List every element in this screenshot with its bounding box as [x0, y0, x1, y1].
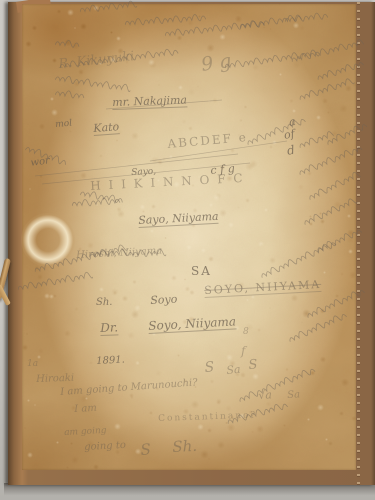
inscription-mr-nakajima: mr. Nakajima	[112, 94, 187, 110]
pencil-scribble	[286, 307, 354, 350]
pencil-scribble	[297, 127, 337, 156]
inscription-hiik-caps: H I I K I N N O F C	[90, 172, 245, 192]
pencil-scribble	[71, 193, 124, 215]
inscription-sa-mid: Sa	[226, 364, 241, 376]
inscription-hiroaki: Hiroaki	[36, 374, 74, 385]
inscription-letter-d: d	[286, 144, 296, 157]
inscription-am-going: am going	[64, 427, 107, 438]
inscription-going-to: going to	[84, 441, 126, 453]
handwriting-layer: R. Kikuyuki9 gmr. NakajimamolKatoABCDEF …	[22, 4, 356, 470]
inscription-going-marunouchi: I am going to Marunouchi?	[60, 378, 198, 398]
book-shadow	[4, 483, 375, 497]
pencil-scribble	[290, 35, 366, 70]
inscription-dr: Dr.	[100, 321, 118, 336]
inscription-letter-of: of	[283, 128, 295, 141]
inscription-kato: Kato	[93, 121, 120, 136]
inscription-f-mark: f	[241, 345, 245, 357]
pencil-scribble	[164, 16, 271, 45]
pencil-scribble	[239, 10, 307, 37]
pencil-scribble	[54, 36, 83, 56]
inscription-abcdef: ABCDEF e	[167, 131, 248, 150]
inscription-constantinano: Constantinano?	[158, 412, 257, 424]
flyleaf-page: R. Kikuyuki9 gmr. NakajimamolKatoABCDEF …	[22, 4, 356, 470]
pencil-scribble	[245, 112, 313, 153]
pencil-scribble	[297, 73, 361, 109]
pencil-scribble	[224, 45, 327, 77]
pencil-scribble	[16, 268, 94, 299]
inscription-sh-1: Sh.	[96, 298, 112, 308]
photo-of-old-book-flyleaf: R. Kikuyuki9 gmr. NakajimamolKatoABCDEF …	[0, 0, 375, 500]
cover-right-edge-shade	[371, 2, 375, 485]
pencil-scribble	[306, 167, 364, 208]
inscription-year: 1891.	[96, 356, 125, 367]
inscription-soyo-1: Soyo	[150, 294, 178, 306]
inscription-eight-mark: 8	[243, 328, 249, 337]
pencil-scribble	[124, 10, 211, 34]
inscription-i-am: I am	[74, 404, 97, 415]
pencil-scribble	[284, 8, 332, 31]
ruled-guide-lines	[22, 4, 356, 470]
inscription-soyo-niiyama-2: Soyo, Niiyama	[148, 315, 236, 334]
inscription-s-mid-2: S	[248, 358, 258, 372]
pencil-scribble	[301, 192, 364, 233]
inscription-hiroshi-niiyama: Hiroshi, Niiyama	[76, 246, 162, 260]
inscription-sh-flourish: Sh.	[172, 439, 197, 455]
inscription-s-flourish: S	[140, 442, 152, 458]
inscription-one-a: 1a	[27, 360, 38, 369]
inscription-sa-2: Sa	[287, 390, 300, 401]
inscription-wor: wor	[30, 156, 51, 169]
inscription-sayo-niiyama-1: Sayo, Niiyama	[138, 211, 219, 228]
inscription-sqrt-a: √a	[258, 389, 272, 401]
inscription-flourish-9g: 9 g	[200, 52, 233, 75]
inscription-soyo-niiyama-caps: SOYO, NIIYAMA	[204, 279, 322, 298]
inscription-kikuyuki: R. Kikuyuki	[58, 50, 135, 71]
inscription-letter-a: a	[288, 116, 296, 128]
inscription-s-mid-1: S	[204, 360, 215, 375]
inscription-sa-caps: SA	[191, 265, 212, 277]
stitched-edge	[357, 2, 360, 485]
pencil-scribble	[54, 86, 90, 107]
inscription-mol: mol	[55, 120, 73, 130]
pencil-scribble	[79, 0, 142, 21]
